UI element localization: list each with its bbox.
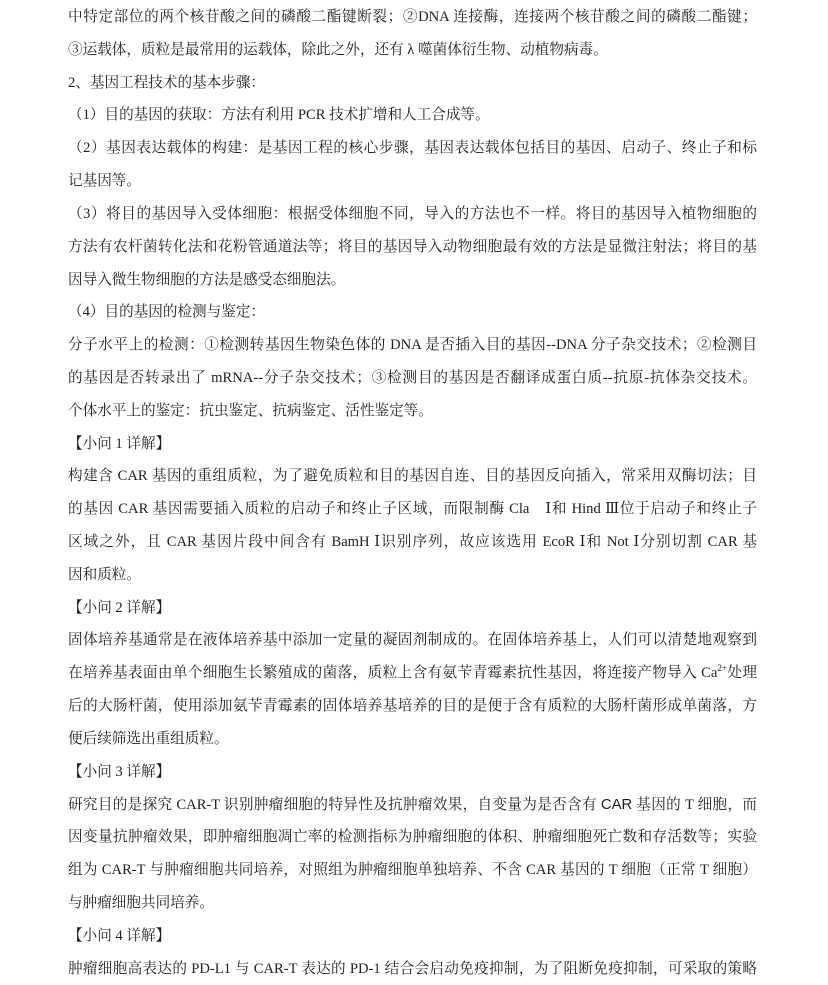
- text-line: 记基因等。: [68, 165, 757, 198]
- text-segment: 肿瘤细胞高表达的 PD-L1 与 CAR-T 表达的 PD-1 结合会启动免疫抑…: [68, 961, 757, 977]
- text-segment: 在培养基表面由单个细胞生长繁殖成的菌落，质粒上含有氨苄青霉素抗性基因，将连接产物…: [68, 665, 717, 681]
- text-line: 在培养基表面由单个细胞生长繁殖成的菌落，质粒上含有氨苄青霉素抗性基因，将连接产物…: [68, 657, 757, 690]
- text-segment: 便后续筛选出重组质粒。: [68, 731, 229, 747]
- text-line: 固体培养基通常是在液体培养基中添加一定量的凝固剂制成的。在固体培养基上，人们可以…: [68, 624, 757, 657]
- superscript-text: 2+: [717, 663, 727, 673]
- text-line: （3）将目的基因导入受体细胞：根据受体细胞不同，导入的方法也不一样。将目的基因导…: [68, 198, 757, 231]
- text-segment: 基因的 T 细胞，而: [632, 797, 757, 813]
- text-segment: 的基因是否转录出了 mRNA--分子杂交技术；③检测目的基因是否翻译成蛋白质--…: [68, 370, 757, 386]
- text-line: 【小问 4 详解】: [68, 920, 757, 953]
- text-line: 便后续筛选出重组质粒。: [68, 723, 757, 756]
- text-line: 的基因 CAR 基因需要插入质粒的启动子和终止子区域，而限制酶 Cla Ⅰ和 H…: [68, 493, 757, 526]
- text-line: （1）目的基因的获取：方法有利用 PCR 技术扩增和人工合成等。: [68, 99, 757, 132]
- text-segment: 分子水平上的检测：①检测转基因生物染色体的 DNA 是否插入目的基因--DNA …: [68, 337, 757, 353]
- text-segment: 研究目的是探究 CAR-T 识别肿瘤细胞的特异性及抗肿瘤效果，自变量为是否含有: [68, 797, 601, 813]
- text-line: 肿瘤细胞高表达的 PD-L1 与 CAR-T 表达的 PD-1 结合会启动免疫抑…: [68, 953, 757, 985]
- text-segment: 处理: [727, 665, 757, 681]
- text-segment: （2）基因表达载体的构建：是基因工程的核心步骤，基因表达载体包括目的基因、启动子…: [68, 140, 757, 156]
- text-segment: 因变量抗肿瘤效果，即肿瘤细胞凋亡率的检测指标为肿瘤细胞的体积、肿瘤细胞死亡数和存…: [68, 829, 757, 845]
- document-page: 中特定部位的两个核苷酸之间的磷酸二酯键断裂；②DNA 连接酶，连接两个核苷酸之间…: [0, 0, 828, 985]
- text-line: 个体水平上的鉴定：抗虫鉴定、抗病鉴定、活性鉴定等。: [68, 395, 757, 428]
- text-segment: 记基因等。: [68, 173, 141, 189]
- text-segment: （3）将目的基因导入受体细胞：根据受体细胞不同，导入的方法也不一样。将目的基因导…: [68, 206, 757, 222]
- text-segment: （4）目的基因的检测与鉴定：: [68, 304, 265, 320]
- text-line: 因导入微生物细胞的方法是感受态细胞法。: [68, 264, 757, 297]
- text-line: （4）目的基因的检测与鉴定：: [68, 296, 757, 329]
- text-line: ③运载体，质粒是最常用的运载体，除此之外，还有 λ 噬菌体衍生物、动植物病毒。: [68, 34, 757, 67]
- text-line: 的基因是否转录出了 mRNA--分子杂交技术；③检测目的基因是否翻译成蛋白质--…: [68, 362, 757, 395]
- text-line: 【小问 2 详解】: [68, 592, 757, 625]
- text-segment: 【小问 2 详解】: [68, 600, 170, 616]
- text-line: 【小问 3 详解】: [68, 756, 757, 789]
- text-segment: 与肿瘤细胞共同培养。: [68, 895, 214, 911]
- text-segment: 区域之外，且 CAR 基因片段中间含有 BamH Ⅰ识别序列，故应该选用 Eco…: [68, 534, 757, 550]
- text-segment: 2、基因工程技术的基本步骤：: [68, 75, 265, 91]
- text-line: 构建含 CAR 基因的重组质粒，为了避免质粒和目的基因自连、目的基因反向插入，常…: [68, 460, 757, 493]
- text-line: 2、基因工程技术的基本步骤：: [68, 67, 757, 100]
- text-line: 与肿瘤细胞共同培养。: [68, 887, 757, 920]
- text-segment: 因和质粒。: [68, 567, 141, 583]
- text-line: 后的大肠杆菌，使用添加氨苄青霉素的固体培养基培养的目的是便于含有质粒的大肠杆菌形…: [68, 690, 757, 723]
- text-line: 因变量抗肿瘤效果，即肿瘤细胞凋亡率的检测指标为肿瘤细胞的体积、肿瘤细胞死亡数和存…: [68, 821, 757, 854]
- text-line: 研究目的是探究 CAR-T 识别肿瘤细胞的特异性及抗肿瘤效果，自变量为是否含有 …: [68, 789, 757, 822]
- text-segment: 后的大肠杆菌，使用添加氨苄青霉素的固体培养基培养的目的是便于含有质粒的大肠杆菌形…: [68, 698, 757, 714]
- text-line: 组为 CAR-T 与肿瘤细胞共同培养，对照组为肿瘤细胞单独培养、不含 CAR 基…: [68, 854, 757, 887]
- text-segment: 组为 CAR-T 与肿瘤细胞共同培养，对照组为肿瘤细胞单独培养、不含 CAR 基…: [68, 862, 757, 878]
- text-segment: 的基因 CAR 基因需要插入质粒的启动子和终止子区域，而限制酶 Cla Ⅰ和 H…: [68, 501, 757, 517]
- emphasis-text: CAR: [601, 797, 632, 813]
- text-segment: 中特定部位的两个核苷酸之间的磷酸二酯键断裂；②DNA 连接酶，连接两个核苷酸之间…: [68, 9, 757, 25]
- text-line: 分子水平上的检测：①检测转基因生物染色体的 DNA 是否插入目的基因--DNA …: [68, 329, 757, 362]
- text-line: 中特定部位的两个核苷酸之间的磷酸二酯键断裂；②DNA 连接酶，连接两个核苷酸之间…: [68, 1, 757, 34]
- text-line: 因和质粒。: [68, 559, 757, 592]
- text-segment: 因导入微生物细胞的方法是感受态细胞法。: [68, 272, 345, 288]
- text-segment: 固体培养基通常是在液体培养基中添加一定量的凝固剂制成的。在固体培养基上，人们可以…: [68, 632, 757, 648]
- text-line: 【小问 1 详解】: [68, 428, 757, 461]
- text-segment: 构建含 CAR 基因的重组质粒，为了避免质粒和目的基因自连、目的基因反向插入，常…: [68, 468, 757, 484]
- text-line: 方法有农杆菌转化法和花粉管通道法等；将目的基因导入动物细胞最有效的方法是显微注射…: [68, 231, 757, 264]
- text-segment: ③运载体，质粒是最常用的运载体，除此之外，还有 λ 噬菌体衍生物、动植物病毒。: [68, 42, 608, 58]
- text-segment: 【小问 3 详解】: [68, 764, 170, 780]
- text-segment: 【小问 4 详解】: [68, 928, 170, 944]
- text-segment: 个体水平上的鉴定：抗虫鉴定、抗病鉴定、活性鉴定等。: [68, 403, 433, 419]
- text-segment: （1）目的基因的获取：方法有利用 PCR 技术扩增和人工合成等。: [68, 107, 490, 123]
- text-line: 区域之外，且 CAR 基因片段中间含有 BamH Ⅰ识别序列，故应该选用 Eco…: [68, 526, 757, 559]
- text-segment: 方法有农杆菌转化法和花粉管通道法等；将目的基因导入动物细胞最有效的方法是显微注射…: [68, 239, 757, 255]
- text-line: （2）基因表达载体的构建：是基因工程的核心步骤，基因表达载体包括目的基因、启动子…: [68, 132, 757, 165]
- text-segment: 【小问 1 详解】: [68, 436, 170, 452]
- document-text: 中特定部位的两个核苷酸之间的磷酸二酯键断裂；②DNA 连接酶，连接两个核苷酸之间…: [68, 1, 757, 985]
